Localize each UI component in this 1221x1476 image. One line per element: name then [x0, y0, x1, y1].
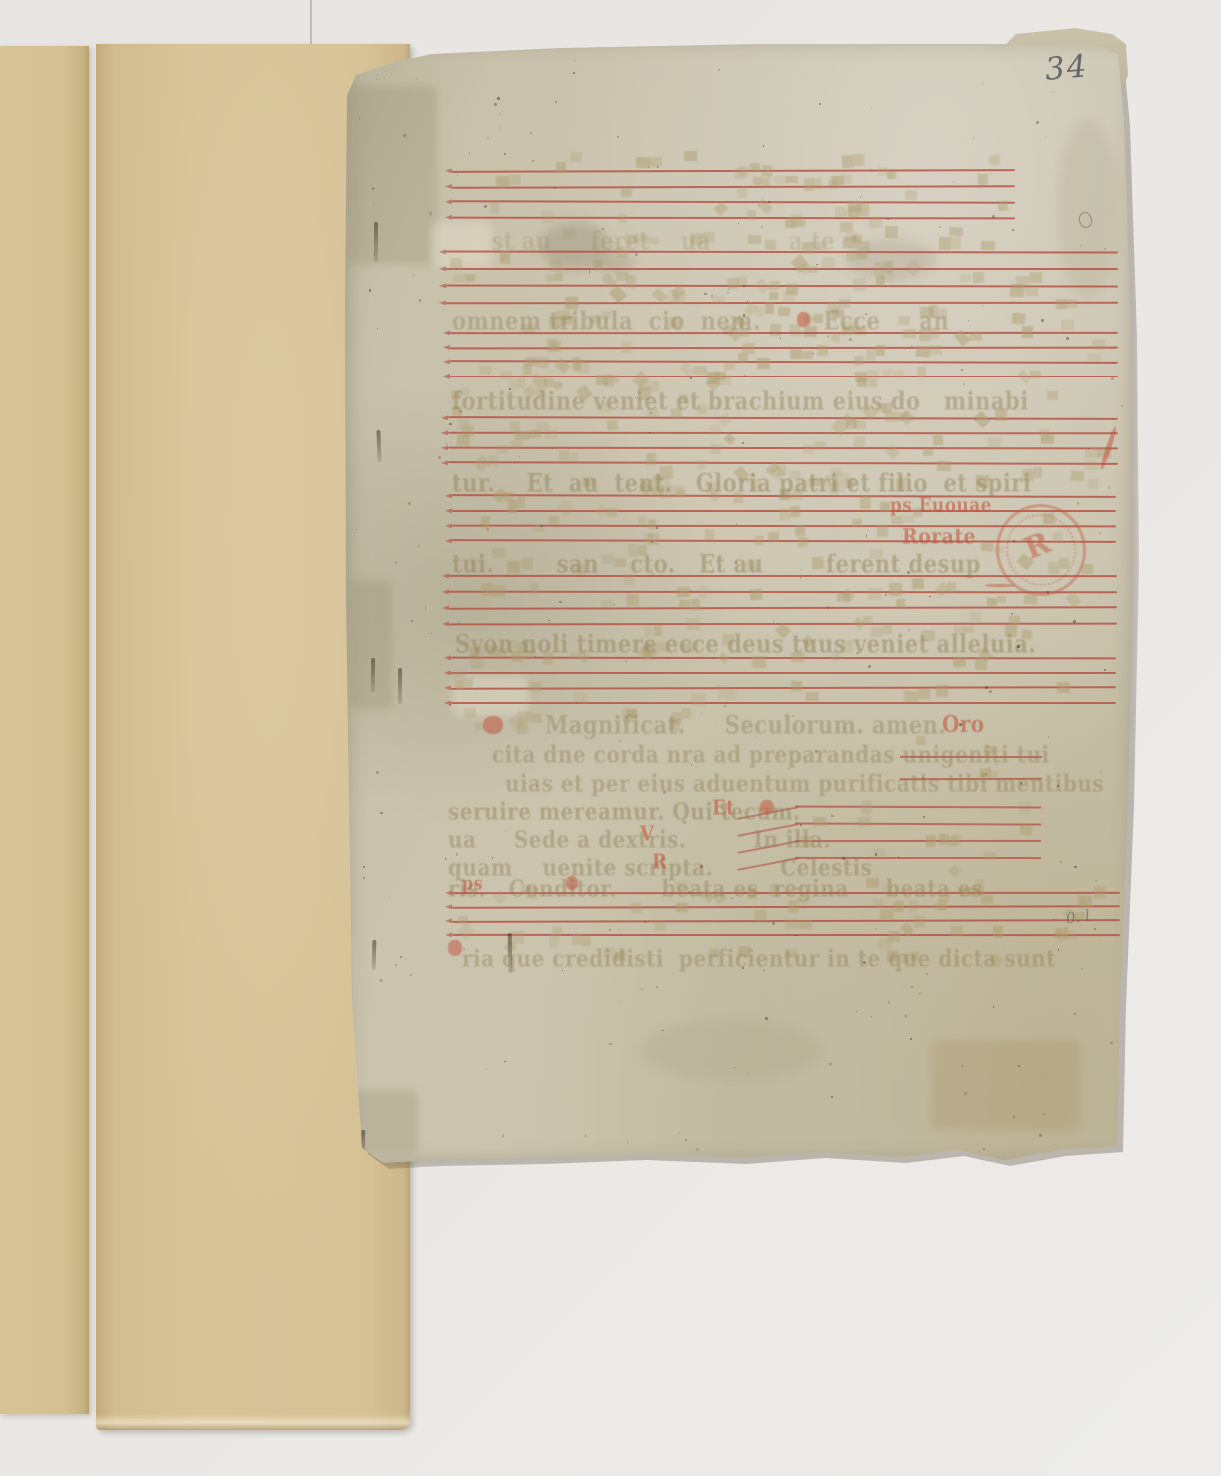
speck: [789, 467, 790, 468]
speck: [704, 293, 707, 296]
speck: [727, 292, 728, 293]
speck: [456, 853, 458, 855]
speck: [1043, 1113, 1045, 1115]
neume-note: [860, 496, 872, 509]
neume-note: [785, 919, 799, 930]
neume-note: [813, 178, 822, 190]
neume-note: [1066, 931, 1077, 939]
speck: [363, 866, 365, 868]
neume-note: [884, 261, 893, 273]
speck: [870, 1016, 871, 1017]
neume-note: [1039, 429, 1049, 440]
neume-note: [951, 925, 963, 935]
neume-note: [1077, 895, 1087, 906]
neume-note: [726, 278, 737, 289]
neume-note: [620, 188, 631, 197]
staff-line-arrowhead: [445, 538, 452, 543]
speck: [530, 132, 532, 134]
speck: [926, 973, 928, 975]
staff-line-arrowhead: [445, 168, 452, 173]
neume-note: [798, 537, 808, 547]
speck: [1104, 248, 1106, 250]
speck: [728, 439, 729, 440]
speck: [525, 783, 526, 784]
neume-note: [747, 210, 757, 220]
staff-line-arrowhead: [439, 300, 446, 305]
neume-note: [869, 217, 883, 229]
speck: [377, 328, 378, 329]
neume-note: [886, 273, 894, 282]
staff-line-arrowhead: [439, 283, 446, 288]
staff-line-arrowhead: [445, 932, 452, 937]
speck: [504, 153, 506, 155]
staff-line-arrowhead: [445, 918, 452, 923]
neume-note: [1030, 371, 1041, 378]
speck: [860, 196, 862, 198]
neume-note: [458, 923, 475, 940]
rubric-red-word: Et: [712, 796, 735, 820]
speck: [1036, 121, 1039, 124]
neume-note: [607, 419, 618, 429]
neume-note: [739, 166, 751, 177]
neume-note: [493, 585, 504, 597]
speck: [975, 419, 977, 421]
neume-note: [455, 680, 465, 690]
speck: [842, 857, 845, 860]
speck: [953, 181, 954, 182]
neume-note: [876, 345, 885, 356]
speck: [380, 812, 383, 815]
speck: [1045, 136, 1046, 137]
chant-text-line: tui. san cto. Et au ferent desup: [452, 549, 981, 579]
neume-note: [1018, 801, 1031, 815]
speck: [649, 432, 651, 434]
speck: [679, 1133, 680, 1134]
speck: [400, 956, 402, 958]
speck: [656, 986, 658, 988]
neume-note: [630, 902, 642, 913]
neume-note: [638, 516, 648, 528]
speck: [990, 908, 991, 909]
neume-note: [574, 362, 588, 374]
speck: [359, 118, 360, 119]
neume-note: [854, 356, 864, 365]
speck: [830, 1066, 831, 1067]
speck: [910, 1038, 912, 1040]
rubric-red-mark: [797, 312, 810, 327]
speck: [1074, 866, 1077, 869]
neume-note: [696, 584, 712, 600]
neume-note: [712, 296, 726, 305]
neume-note: [975, 657, 987, 670]
speck: [1099, 942, 1100, 943]
neume-note: [724, 361, 735, 370]
speck: [742, 442, 744, 444]
stitching-slit: [374, 222, 378, 262]
neume-note: [933, 435, 943, 445]
neume-note: [844, 209, 853, 218]
speck: [868, 665, 871, 668]
neume-note: [1047, 391, 1058, 400]
speck: [964, 1092, 967, 1095]
staff-line-arrowhead: [441, 430, 448, 435]
chant-text-line: Syon noli timere ecce deus tuus veniet a…: [455, 629, 1036, 659]
speck: [425, 607, 427, 609]
neume-note: [456, 434, 470, 446]
neume-note: [556, 162, 567, 173]
speck: [459, 410, 462, 413]
speck: [667, 658, 668, 659]
speck: [504, 1061, 505, 1062]
neume-note: [650, 157, 662, 167]
speck: [911, 986, 913, 988]
neume-note: [1022, 326, 1033, 338]
neume-note: [488, 455, 499, 467]
neume-note: [987, 598, 998, 607]
speck: [1058, 949, 1060, 951]
speck: [536, 785, 537, 786]
speck: [1013, 1116, 1015, 1118]
chant-text-line: ria que credidisti perficientur in te qu…: [462, 944, 1056, 972]
neume-note: [861, 801, 872, 814]
speck: [641, 988, 643, 990]
speck: [644, 921, 647, 924]
speck: [446, 443, 447, 444]
speck: [656, 527, 658, 529]
neume-note: [718, 685, 727, 698]
neume-note: [768, 532, 779, 542]
neume-note: [854, 436, 865, 448]
speck: [625, 660, 627, 662]
staff-line-arrowhead: [443, 374, 450, 379]
rubric-red-mark: [483, 716, 503, 734]
speck: [1012, 229, 1014, 231]
neume-note: [738, 352, 748, 362]
neume-note: [795, 525, 805, 536]
neume-note: [706, 372, 719, 384]
speck: [780, 337, 781, 338]
speck: [519, 456, 520, 457]
speck: [1100, 593, 1101, 594]
neume-note: [936, 685, 949, 698]
speck: [905, 1015, 907, 1017]
speck: [391, 74, 392, 75]
interleaf-paper-left: [0, 46, 89, 1414]
neume-note: [984, 852, 996, 861]
neume-note: [803, 444, 815, 454]
neume-note: [679, 599, 691, 608]
neume-note: [510, 930, 524, 943]
speck: [819, 103, 821, 105]
speck: [395, 964, 397, 966]
staff-line: [450, 360, 1118, 364]
speck: [416, 78, 417, 79]
speck: [1104, 669, 1105, 670]
neume-note: [496, 445, 508, 454]
speck: [866, 535, 867, 536]
neume-note: [1067, 299, 1077, 308]
speck: [696, 1148, 699, 1151]
speck: [911, 345, 913, 347]
speck: [540, 525, 542, 527]
partial-staff-line: [795, 822, 1041, 825]
staff-line-arrowhead: [441, 460, 448, 465]
neume-note: [969, 332, 982, 341]
speck: [438, 456, 441, 459]
neume-note: [541, 211, 553, 224]
neume-note: [854, 154, 864, 166]
neume-note: [877, 167, 887, 177]
neume-note: [1088, 479, 1099, 489]
speck: [499, 113, 501, 115]
speck: [497, 97, 500, 100]
neume-note: [806, 692, 819, 701]
parchment-patch: [930, 1040, 1080, 1130]
speck: [961, 369, 963, 371]
speck: [486, 1068, 488, 1070]
speck: [812, 353, 813, 354]
speck: [1060, 861, 1062, 863]
neume-note: [1017, 369, 1031, 383]
neume-note: [1033, 467, 1042, 478]
staff-line-arrowhead: [445, 508, 452, 513]
neume-note: [866, 348, 876, 361]
speck: [356, 529, 357, 530]
album-page-seam: [310, 0, 312, 46]
stitching-slit: [376, 430, 381, 462]
speck: [907, 571, 910, 574]
neume-note: [857, 251, 867, 259]
speck: [756, 736, 757, 737]
chant-text-line: seruire mereamur. Qui tecum.: [448, 797, 801, 825]
speck: [585, 1135, 587, 1137]
speck: [619, 740, 621, 742]
speck: [494, 103, 497, 106]
neume-note: [709, 424, 721, 436]
stitching-slit: [371, 658, 375, 692]
neume-note: [1025, 288, 1039, 297]
staff-line: [448, 416, 1118, 420]
neume-note: [790, 506, 800, 517]
neume-note: [918, 689, 931, 699]
speck: [548, 620, 550, 622]
neume-note: [1094, 885, 1105, 897]
speck: [993, 1006, 995, 1008]
staff-line: [451, 702, 1116, 704]
staff-line: [449, 606, 1117, 609]
neume-note: [911, 578, 924, 590]
neume-note: [857, 203, 869, 215]
speck: [991, 172, 992, 173]
neume-note: [808, 266, 817, 274]
speck: [968, 320, 969, 321]
speck: [1121, 405, 1123, 407]
speck: [554, 187, 556, 189]
speck: [534, 656, 536, 658]
partial-staff-line: [795, 805, 1041, 808]
speck: [1108, 486, 1110, 488]
neume-note: [531, 713, 543, 723]
staff-line-arrowhead: [445, 523, 452, 528]
neume-note: [471, 659, 484, 669]
neume-note: [939, 834, 949, 846]
neume-note: [509, 175, 521, 186]
neume-note: [691, 693, 705, 706]
speck: [716, 724, 717, 725]
speck: [376, 771, 379, 774]
neume-note: [481, 583, 494, 596]
speck: [728, 289, 730, 291]
neume-note: [523, 364, 533, 375]
speck: [627, 1142, 628, 1143]
speck: [736, 523, 737, 524]
neume-note: [998, 201, 1008, 212]
neume-note: [1087, 353, 1101, 362]
neume-note: [882, 369, 894, 378]
neume-note: [603, 375, 613, 387]
speck: [1077, 502, 1079, 504]
rubric-red-word: ps Euouae: [890, 494, 992, 517]
speck: [983, 1148, 986, 1151]
speck: [663, 791, 666, 794]
neume-note: [453, 671, 466, 680]
neume-note: [840, 221, 853, 231]
neume-note: [855, 372, 867, 382]
speck: [1041, 319, 1043, 321]
speck: [690, 590, 692, 592]
neume-note: [930, 345, 942, 355]
neume-note: [790, 349, 802, 359]
neume-note: [852, 420, 865, 430]
speck: [1017, 645, 1020, 648]
speck: [843, 727, 845, 729]
stitching-slit: [398, 668, 402, 704]
speck: [410, 974, 412, 976]
neume-note: [646, 453, 656, 466]
speck: [985, 773, 987, 775]
speck: [888, 1001, 891, 1004]
speck: [1048, 736, 1049, 737]
speck: [617, 136, 619, 138]
neume-note: [1071, 471, 1085, 482]
neume-note: [762, 178, 770, 185]
chant-text-line: cita dne corda nra ad preparandas unigen…: [492, 740, 1050, 768]
neume-note: [876, 524, 887, 537]
neume-note: [714, 201, 728, 215]
speck: [985, 686, 988, 689]
speck: [1081, 968, 1083, 970]
speck: [574, 60, 575, 61]
neume-note: [750, 589, 762, 601]
neume-note: [724, 433, 736, 445]
speck: [743, 285, 745, 287]
digitized-manuscript-photo: { "page": { "description": "Photograph o…: [0, 0, 1221, 1476]
neume-note: [949, 226, 963, 236]
neume-note: [517, 496, 525, 507]
neume-note: [978, 174, 989, 185]
staff-line: [448, 461, 1118, 464]
neume-note: [648, 519, 656, 529]
speck: [503, 1135, 505, 1137]
neume-note: [887, 171, 896, 179]
speck: [856, 1011, 857, 1012]
neume-note: [889, 583, 902, 596]
speck: [959, 723, 962, 726]
neume-note: [774, 176, 787, 185]
speck: [413, 275, 414, 276]
speck: [619, 929, 620, 930]
speck: [408, 502, 411, 505]
speck: [1099, 532, 1101, 534]
speck: [456, 268, 457, 269]
speck: [373, 203, 374, 204]
speck: [875, 853, 877, 855]
neume-note: [607, 508, 617, 517]
speck: [429, 212, 432, 215]
chant-text-line: uias et per eius aduentum purificatis ti…: [505, 769, 1104, 797]
neume-note: [655, 922, 666, 931]
neume-note: [863, 616, 872, 623]
speck: [685, 1139, 688, 1142]
neume-note: [880, 908, 894, 918]
neume-note: [550, 260, 562, 272]
staff-line-arrowhead: [442, 573, 449, 578]
neume-note: [960, 273, 971, 282]
speck: [1110, 1042, 1113, 1045]
speck: [469, 152, 471, 154]
neume-note: [939, 237, 951, 250]
neume-note: [885, 226, 898, 238]
parchment-leaf: 34 st au feret ua a teomnem tribula cio …: [345, 38, 1135, 1165]
neume-note: [816, 345, 827, 356]
neume-note: [832, 176, 844, 185]
neume-note: [846, 252, 857, 262]
neume-note: [593, 260, 603, 269]
staff-line: [448, 447, 1118, 449]
speck: [449, 423, 452, 426]
speck: [555, 101, 557, 103]
staff-line-arrowhead: [445, 493, 452, 498]
speck: [635, 253, 637, 255]
speck: [369, 289, 371, 291]
speck: [828, 782, 829, 783]
speck: [963, 383, 965, 385]
speck: [445, 858, 446, 859]
staff-line: [446, 268, 1118, 270]
speck: [1111, 377, 1114, 380]
staff-line: [451, 686, 1116, 689]
speck: [763, 970, 764, 971]
neume-note: [464, 708, 477, 719]
speck: [724, 705, 727, 708]
rubric-red-word: V: [640, 822, 654, 846]
neume-note: [545, 274, 554, 282]
speck: [687, 618, 688, 619]
chant-text-line: omnem tribula cio nem. Ecce an: [452, 306, 949, 336]
neume-note: [626, 275, 636, 288]
parchment-stain: [640, 1020, 820, 1080]
speck: [982, 83, 983, 84]
speck: [1018, 1065, 1020, 1067]
speck: [569, 928, 570, 929]
speck: [449, 704, 451, 706]
rubric-red-word: R: [652, 850, 667, 874]
neume-note: [804, 177, 814, 190]
neume-note: [1056, 299, 1067, 309]
speck: [849, 338, 852, 341]
staff-line-arrowhead: [443, 330, 450, 335]
neume-note: [465, 274, 475, 281]
